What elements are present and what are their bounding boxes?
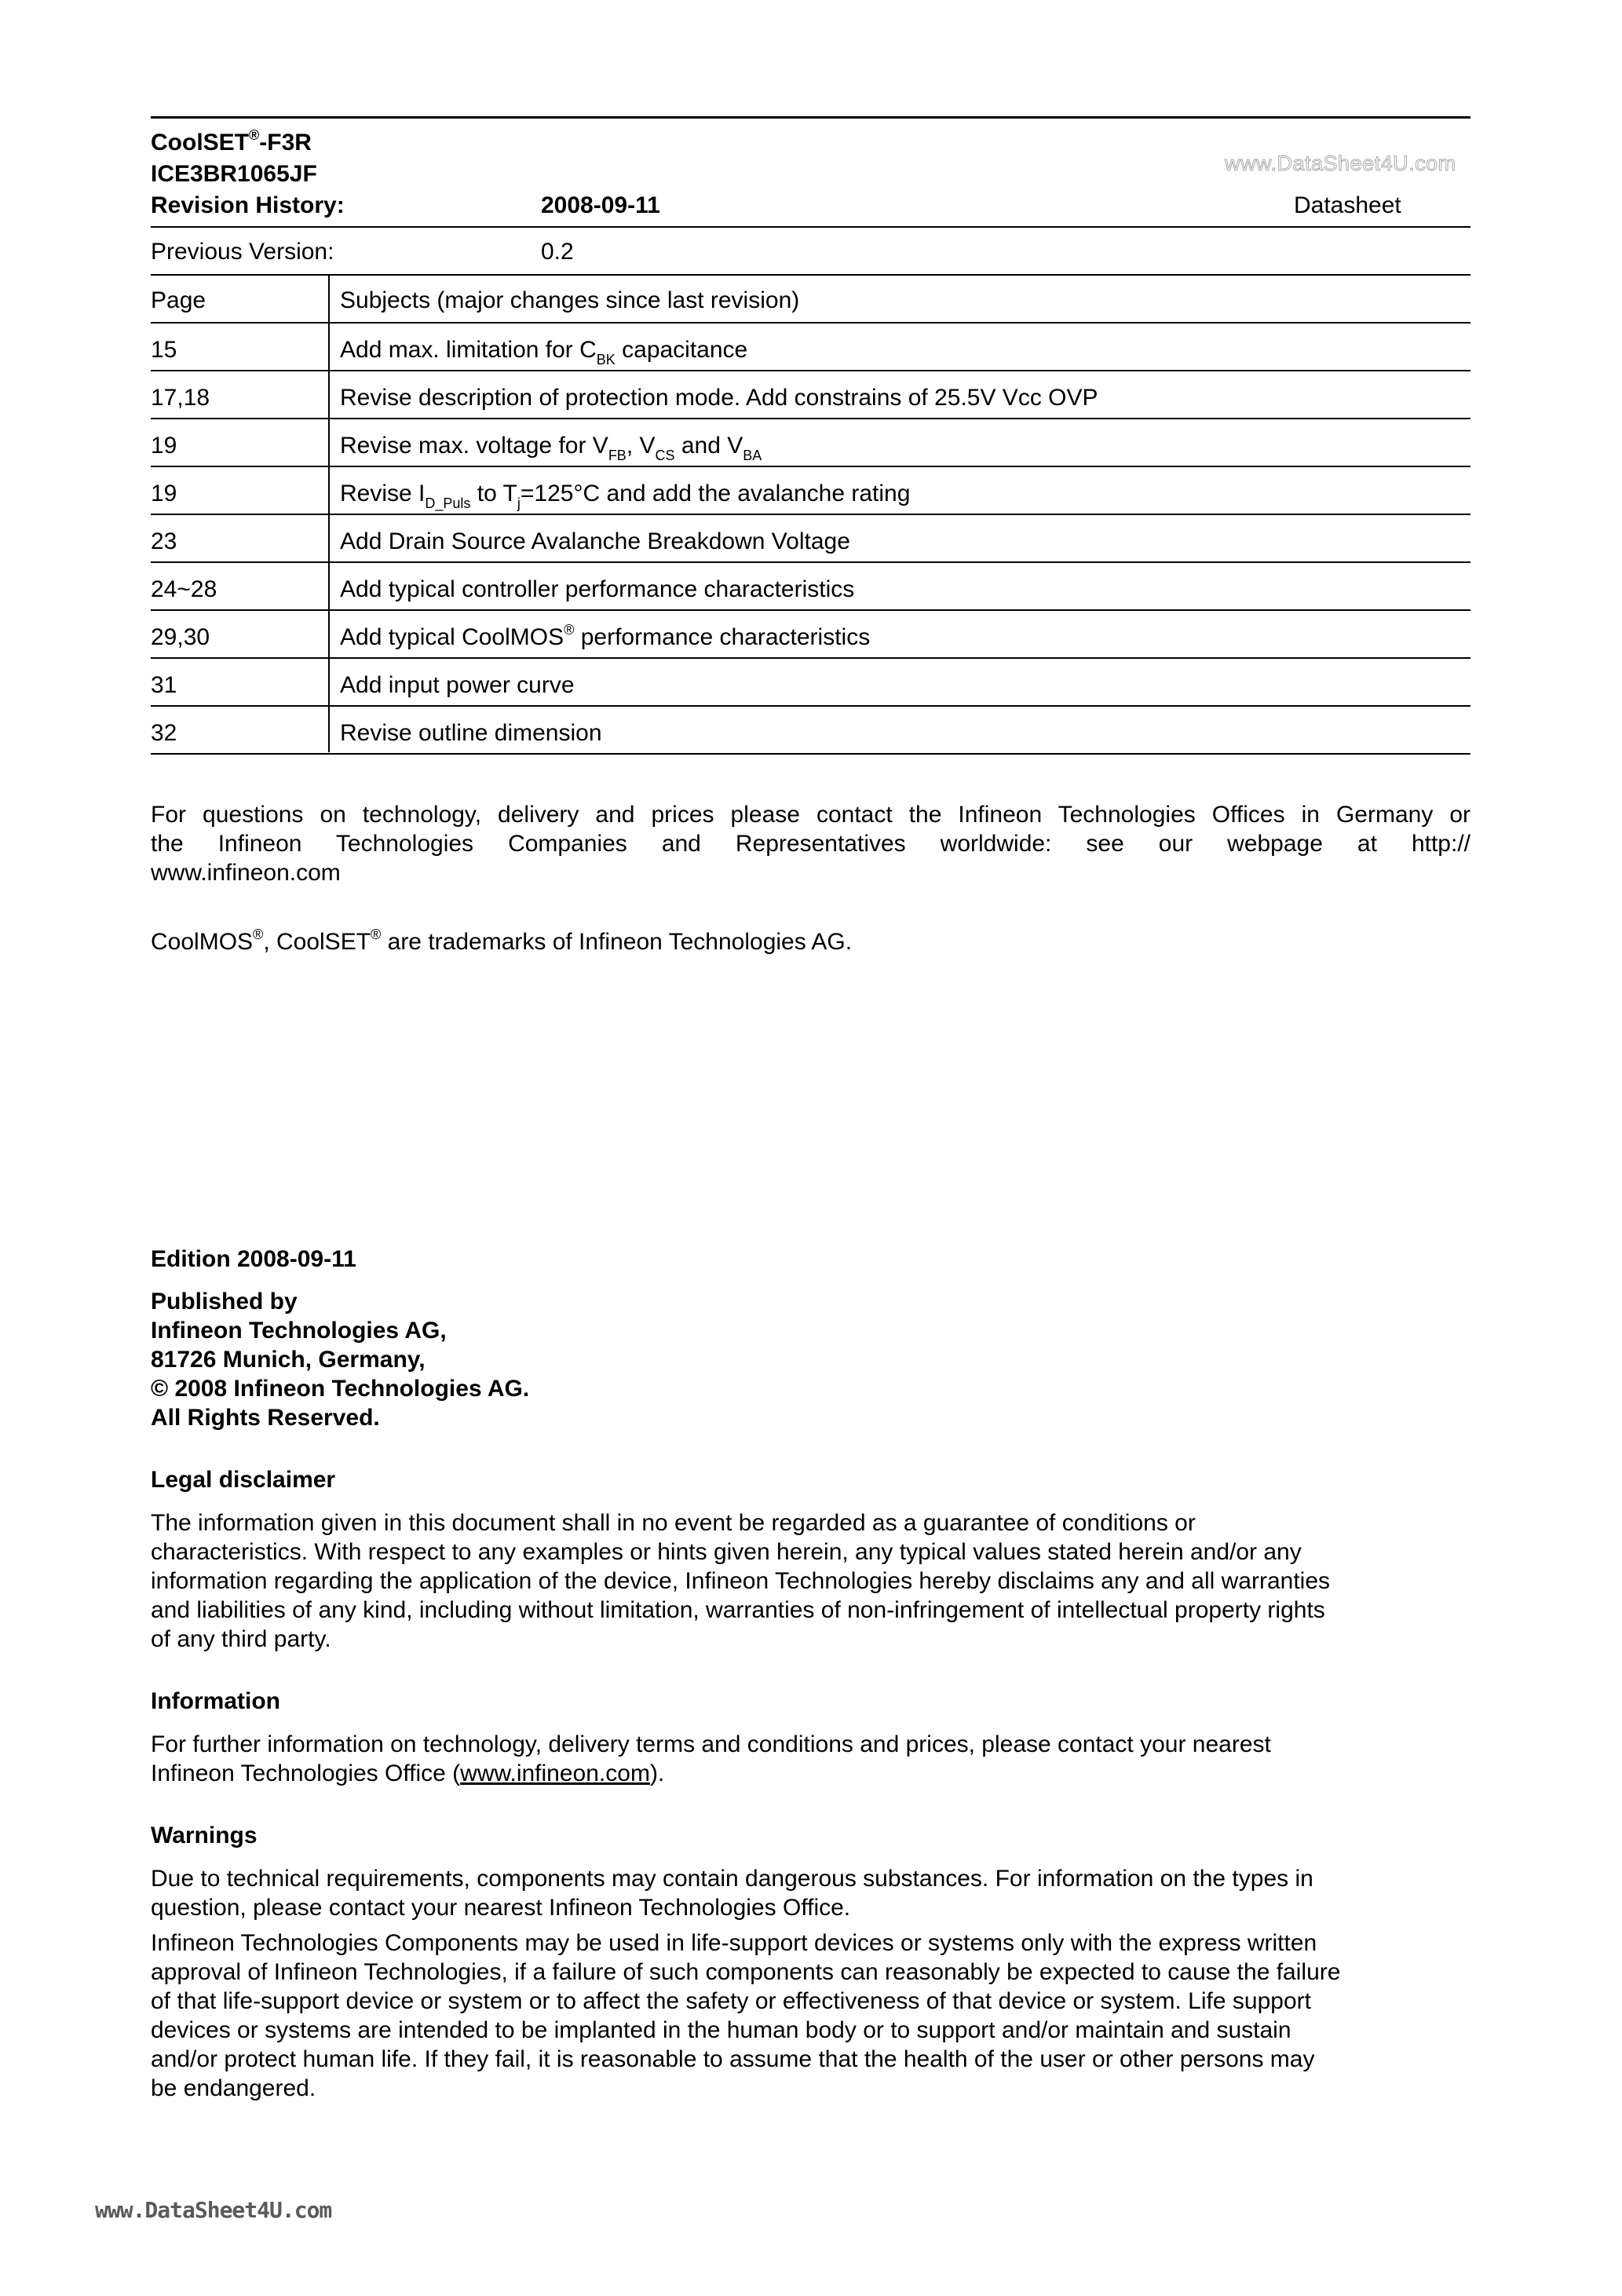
registered-mark: ® xyxy=(249,127,259,143)
warnings-line: Infineon Technologies Components may be … xyxy=(151,1929,1470,1958)
table-row-rule xyxy=(151,609,1470,611)
header-rule xyxy=(151,226,1470,228)
table-row-page: 15 xyxy=(151,335,177,364)
edition-line: Edition 2008-09-11 xyxy=(151,1245,356,1274)
trademark-coolset: CoolSET xyxy=(276,929,371,955)
publisher-block: Published by Infineon Technologies AG, 8… xyxy=(151,1287,529,1432)
contact-line-2: the Infineon Technologies Companies and … xyxy=(151,829,1470,858)
contact-line-3: www.infineon.com xyxy=(151,858,1470,887)
part-number: ICE3BR1065JF xyxy=(151,159,317,188)
table-top-rule xyxy=(151,274,1470,276)
table-row-page: 32 xyxy=(151,718,177,748)
trademark-notice: CoolMOS®, CoolSET® are trademarks of Inf… xyxy=(151,927,852,956)
legal-line: The information given in this document s… xyxy=(151,1508,1470,1537)
table-row-subject: Add typical CoolMOS® performance charact… xyxy=(340,623,870,652)
column-header-page: Page xyxy=(151,286,206,315)
warnings-paragraph-1: Due to technical requirements, component… xyxy=(151,1864,1470,1922)
contact-line-1: For questions on technology, delivery an… xyxy=(151,800,1470,829)
header-top-rule xyxy=(151,116,1470,119)
warnings-line: approval of Infineon Technologies, if a … xyxy=(151,1958,1470,1987)
table-header-rule xyxy=(151,322,1470,324)
table-row-page: 29,30 xyxy=(151,623,210,652)
product-line-suffix: -F3R xyxy=(259,130,312,155)
legal-line: of any third party. xyxy=(151,1625,1470,1654)
watermark-top: www.DataSheet4U.com xyxy=(1225,152,1456,176)
registered-mark: ® xyxy=(253,927,263,942)
legal-disclaimer-heading: Legal disclaimer xyxy=(151,1465,335,1494)
information-line-2: Infineon Technologies Office (www.infine… xyxy=(151,1759,1470,1788)
rights-reserved: All Rights Reserved. xyxy=(151,1403,529,1432)
table-row-subject: Add input power curve xyxy=(340,671,575,700)
table-row-subject: Revise max. voltage for VFB, VCS and VBA xyxy=(340,431,762,460)
column-header-subjects: Subjects (major changes since last revis… xyxy=(340,286,799,315)
trademark-text: are trademarks of Infineon Technologies … xyxy=(381,929,852,955)
table-row-subject: Revise ID_Puls to Tj=125°C and add the a… xyxy=(340,479,910,508)
infineon-website-link[interactable]: www.infineon.com xyxy=(460,1760,650,1786)
product-line-title: CoolSET®-F3R xyxy=(151,128,312,157)
table-row-page: 31 xyxy=(151,671,177,700)
previous-version-value: 0.2 xyxy=(541,237,574,266)
warnings-line: Due to technical requirements, component… xyxy=(151,1864,1470,1893)
warnings-heading: Warnings xyxy=(151,1821,258,1850)
warnings-paragraph-2: Infineon Technologies Components may be … xyxy=(151,1929,1470,2103)
trademark-separator: , xyxy=(263,929,276,955)
legal-disclaimer-text: The information given in this document s… xyxy=(151,1508,1470,1654)
revision-history-label: Revision History: xyxy=(151,191,345,220)
information-heading: Information xyxy=(151,1687,280,1716)
information-line-2-text: Infineon Technologies Office ( xyxy=(151,1760,460,1786)
information-line-2-end: ). xyxy=(650,1760,664,1786)
legal-line: characteristics. With respect to any exa… xyxy=(151,1537,1470,1567)
table-row-page: 19 xyxy=(151,479,177,508)
table-row-rule xyxy=(151,418,1470,419)
published-by: Published by xyxy=(151,1287,529,1316)
table-row-page: 24~28 xyxy=(151,575,217,604)
table-row-rule xyxy=(151,705,1470,707)
table-row-rule xyxy=(151,514,1470,515)
table-row-rule xyxy=(151,466,1470,467)
legal-line: information regarding the application of… xyxy=(151,1567,1470,1596)
table-row-page: 19 xyxy=(151,431,177,460)
table-row-rule xyxy=(151,657,1470,659)
doc-type-label: Datasheet xyxy=(1294,191,1401,220)
table-row-subject: Revise outline dimension xyxy=(340,718,602,748)
warnings-line: be endangered. xyxy=(151,2074,1470,2103)
table-row-page: 23 xyxy=(151,527,177,556)
table-row-rule xyxy=(151,370,1470,371)
registered-mark: ® xyxy=(371,927,381,942)
information-line-1: For further information on technology, d… xyxy=(151,1730,1470,1759)
warnings-line: devices or systems are intended to be im… xyxy=(151,2016,1470,2045)
legal-line: and liabilities of any kind, including w… xyxy=(151,1596,1470,1625)
information-text: For further information on technology, d… xyxy=(151,1730,1470,1788)
warnings-line: of that life-support device or system or… xyxy=(151,1987,1470,2016)
table-row-page: 17,18 xyxy=(151,383,210,412)
contact-paragraph: For questions on technology, delivery an… xyxy=(151,800,1470,887)
table-row-subject: Add typical controller performance chara… xyxy=(340,575,854,604)
revision-date: 2008-09-11 xyxy=(541,191,660,220)
table-row-subject: Add Drain Source Avalanche Breakdown Vol… xyxy=(340,527,850,556)
watermark-footer: www.DataSheet4U.com xyxy=(95,2197,331,2223)
copyright-line: © 2008 Infineon Technologies AG. xyxy=(151,1374,529,1403)
product-line-name: CoolSET xyxy=(151,130,249,155)
trademark-coolmos: CoolMOS xyxy=(151,929,253,955)
publisher-name: Infineon Technologies AG, xyxy=(151,1316,529,1345)
warnings-line: and/or protect human life. If they fail,… xyxy=(151,2045,1470,2074)
table-row-rule xyxy=(151,753,1470,755)
previous-version-label: Previous Version: xyxy=(151,237,334,266)
warnings-line: question, please contact your nearest In… xyxy=(151,1893,1470,1922)
table-row-rule xyxy=(151,561,1470,563)
publisher-address: 81726 Munich, Germany, xyxy=(151,1345,529,1374)
table-row-subject: Revise description of protection mode. A… xyxy=(340,383,1098,412)
table-row-subject: Add max. limitation for CBK capacitance xyxy=(340,335,747,364)
